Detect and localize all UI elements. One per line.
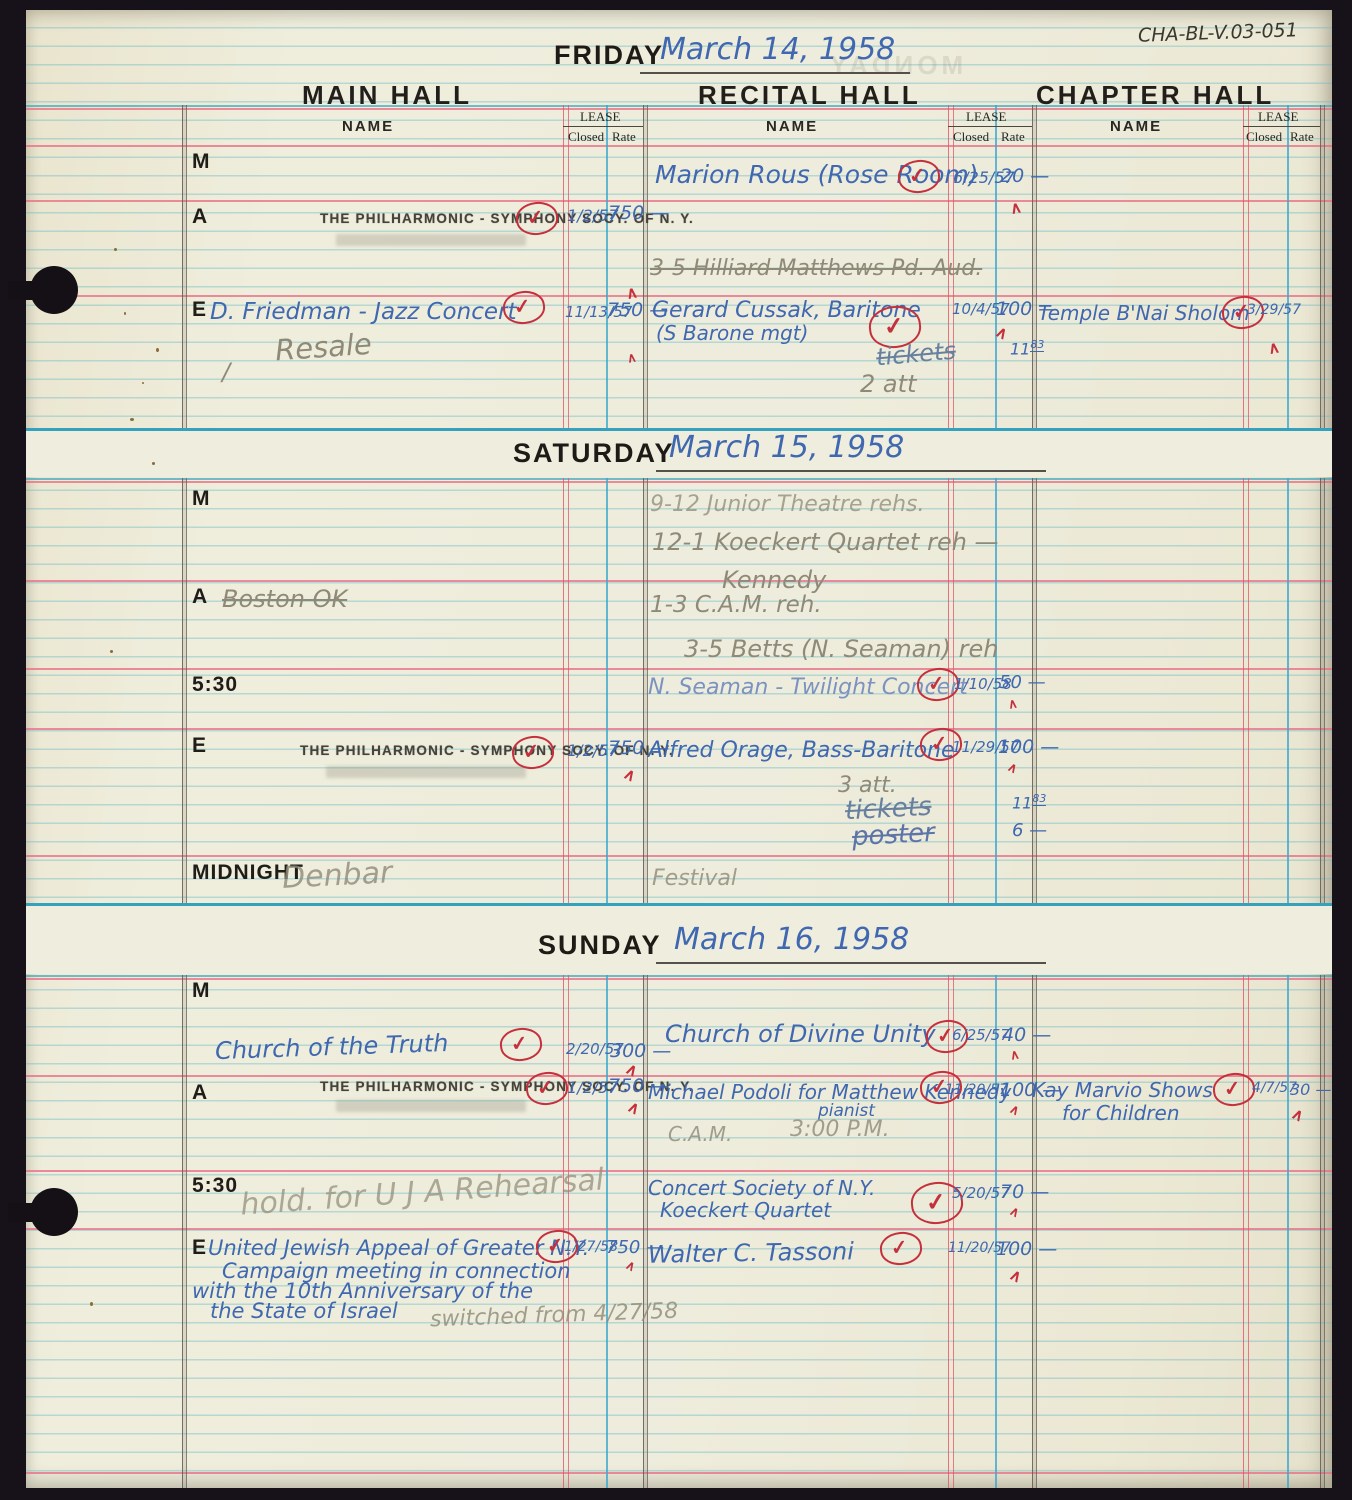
midnight-note: Denbar bbox=[281, 855, 393, 896]
column-line bbox=[1243, 975, 1249, 1488]
date-saturday: March 15, 1958 bbox=[669, 430, 904, 465]
lease-rate: 100 — bbox=[996, 1238, 1057, 1260]
table-top-line bbox=[26, 478, 1332, 480]
crossed-poster-note: poster bbox=[851, 818, 935, 852]
day-label-saturday: SATURDAY bbox=[513, 438, 675, 469]
lease-rate: 300 — bbox=[610, 1040, 671, 1062]
row-line bbox=[26, 978, 1332, 980]
hall-title-main: MAIN HALL bbox=[302, 80, 472, 111]
time-label: E bbox=[192, 734, 207, 758]
time-label: E bbox=[192, 298, 207, 322]
entry-name: D. Friedman - Jazz Concert bbox=[210, 299, 516, 325]
row-line bbox=[26, 200, 1332, 202]
row-line bbox=[26, 1075, 1332, 1077]
hall-title-recital: RECITAL HALL bbox=[698, 80, 921, 111]
row-line bbox=[26, 295, 1332, 297]
rehearsal-note: 1-3 C.A.M. reh. bbox=[650, 592, 822, 618]
column-line bbox=[1032, 975, 1037, 1488]
entry-name: Concert Society of N.Y. bbox=[648, 1176, 875, 1200]
time-label: A bbox=[192, 585, 208, 609]
name-header-chapter: NAME bbox=[1110, 118, 1162, 135]
row-line bbox=[26, 481, 1332, 483]
faded-stamp-line bbox=[326, 766, 526, 778]
fee-amount: 1183 bbox=[1012, 792, 1046, 812]
entry-name: Kay Marvio Shows bbox=[1032, 1078, 1213, 1102]
paper-speck bbox=[142, 382, 144, 384]
faded-stamp-line bbox=[336, 234, 526, 246]
column-line bbox=[182, 975, 187, 1488]
lease-header-chapter: LEASE bbox=[1258, 109, 1298, 125]
paper-speck bbox=[130, 418, 134, 421]
entry-name: Temple B'Nai Sholom bbox=[1038, 301, 1250, 325]
paper-speck bbox=[124, 312, 126, 315]
paper-speck bbox=[152, 462, 155, 465]
column-line bbox=[1287, 478, 1289, 903]
rate-header-recital: Rate bbox=[1001, 129, 1025, 145]
closed-header-chapter: Closed bbox=[1246, 129, 1282, 145]
column-line bbox=[182, 478, 187, 903]
table-top-line bbox=[26, 975, 1332, 977]
rehearsal-note: 12-1 Koeckert Quartet reh — bbox=[652, 528, 999, 556]
entry-name: Church of Divine Unity bbox=[665, 1020, 936, 1048]
row-line bbox=[26, 580, 1332, 582]
column-line bbox=[643, 105, 648, 428]
lease-rate: 30 — bbox=[1290, 1080, 1331, 1099]
fee-superscript: 83 bbox=[1030, 338, 1044, 352]
time-label: 5:30 bbox=[192, 673, 238, 697]
paper-speck bbox=[90, 1302, 93, 1306]
row-line bbox=[26, 1472, 1332, 1474]
punch-hole bbox=[30, 266, 78, 314]
faded-stamp-line bbox=[336, 1100, 526, 1112]
name-header-main: NAME bbox=[342, 118, 394, 135]
lease-closed: 3/29/57 bbox=[1247, 302, 1301, 318]
lease-rate: 40 — bbox=[1002, 1024, 1051, 1046]
hall-title-chapter: CHAPTER HALL bbox=[1036, 80, 1274, 111]
date-sunday: March 16, 1958 bbox=[674, 922, 909, 957]
row-line bbox=[26, 1170, 1332, 1172]
column-line bbox=[1243, 478, 1249, 903]
lease-rate: 50 — bbox=[999, 672, 1046, 693]
row-line bbox=[26, 855, 1332, 857]
column-line bbox=[1320, 105, 1325, 428]
entry-name-line2: for Children bbox=[1062, 1101, 1180, 1125]
column-line bbox=[606, 105, 608, 428]
time-label: M bbox=[192, 487, 211, 511]
ledger-page: MONDAY FRIDAY March 14, 1958 CHA-BL-V.03… bbox=[26, 10, 1332, 1488]
lease-rate: 20 — bbox=[1000, 165, 1049, 187]
entry-name: Walter C. Tassoni bbox=[648, 1237, 854, 1269]
column-line bbox=[1287, 105, 1289, 428]
day-label-sunday: SUNDAY bbox=[538, 930, 662, 961]
column-line bbox=[563, 478, 569, 903]
pencil-note: 3:00 P.M. bbox=[790, 1117, 890, 1142]
fee-amount-2: 6 — bbox=[1012, 820, 1047, 841]
time-label: M bbox=[192, 150, 211, 174]
time-label: A bbox=[192, 1081, 208, 1105]
lease-header-recital: LEASE bbox=[966, 109, 1006, 125]
ledger-scan: MONDAY FRIDAY March 14, 1958 CHA-BL-V.03… bbox=[0, 0, 1352, 1500]
lease-rate: 100 — bbox=[998, 736, 1059, 758]
date-underline bbox=[656, 962, 1046, 964]
fee-superscript: 83 bbox=[1032, 792, 1046, 806]
lease-header-rule bbox=[948, 126, 1032, 127]
rehearsal-note: Kennedy bbox=[722, 566, 826, 594]
time-label: E bbox=[192, 1236, 207, 1260]
pencil-note: Resale bbox=[274, 327, 373, 368]
entry-name-line4: the State of Israel bbox=[210, 1299, 398, 1323]
closed-header-recital: Closed bbox=[953, 129, 989, 145]
column-line bbox=[995, 975, 997, 1488]
rehearsal-note: 3-5 Betts (N. Seaman) reh bbox=[684, 635, 998, 663]
rate-header-chapter: Rate bbox=[1290, 129, 1314, 145]
pencil-note: C.A.M. bbox=[668, 1122, 732, 1146]
rehearsal-note: 9-12 Junior Theatre rehs. bbox=[650, 492, 924, 517]
date-friday: March 14, 1958 bbox=[660, 32, 895, 67]
time-label: M bbox=[192, 979, 211, 1003]
column-line bbox=[606, 478, 608, 903]
paper-speck bbox=[156, 348, 159, 352]
lease-rate: 70 — bbox=[1000, 1181, 1049, 1203]
lease-header-main: LEASE bbox=[580, 109, 620, 125]
day-label-friday: FRIDAY bbox=[554, 40, 664, 71]
column-line bbox=[1320, 478, 1325, 903]
entry-name-line2: (S Barone mgt) bbox=[656, 321, 808, 345]
column-line bbox=[1287, 975, 1289, 1488]
column-line bbox=[1243, 105, 1249, 428]
row-line bbox=[26, 145, 1332, 147]
column-line bbox=[1032, 105, 1037, 428]
attendance-note: 2 att bbox=[860, 370, 916, 398]
row-line bbox=[26, 728, 1332, 730]
lease-closed: 11/20/57 bbox=[945, 1082, 1008, 1098]
entry-name: Alfred Orage, Bass-Baritone bbox=[648, 738, 955, 763]
midnight-note: Festival bbox=[652, 866, 737, 891]
rate-header-main: Rate bbox=[612, 129, 636, 145]
fee-amount: 1183 bbox=[1010, 338, 1044, 358]
lease-header-rule bbox=[563, 126, 643, 127]
entry-name: United Jewish Appeal of Greater N.Y. bbox=[208, 1236, 589, 1260]
lease-rate: 750 — bbox=[608, 202, 669, 224]
pencil-mark: / bbox=[222, 358, 230, 386]
column-line bbox=[563, 105, 569, 428]
date-underline bbox=[640, 72, 910, 74]
time-label: 5:30 bbox=[192, 1174, 238, 1198]
closed-header-main: Closed bbox=[568, 129, 604, 145]
crossed-entry: 3-5 Hilliard Matthews Pd. Aud. bbox=[650, 256, 982, 281]
date-underline bbox=[656, 470, 1046, 472]
name-header-recital: NAME bbox=[766, 118, 818, 135]
crossed-entry: Boston OK bbox=[222, 585, 347, 613]
entry-name-line2: Koeckert Quartet bbox=[660, 1198, 831, 1222]
paper-speck bbox=[110, 650, 113, 653]
row-line bbox=[26, 1228, 1332, 1230]
punch-hole bbox=[30, 1188, 78, 1236]
column-line bbox=[1320, 975, 1325, 1488]
paper-speck bbox=[114, 248, 117, 251]
lease-header-rule bbox=[1243, 126, 1320, 127]
column-line bbox=[182, 105, 187, 428]
column-line bbox=[995, 105, 997, 428]
row-line bbox=[26, 668, 1332, 670]
crossed-text: 3-5 Hilliard Matthews Pd. Aud. bbox=[650, 256, 982, 281]
time-label: A bbox=[192, 205, 208, 229]
